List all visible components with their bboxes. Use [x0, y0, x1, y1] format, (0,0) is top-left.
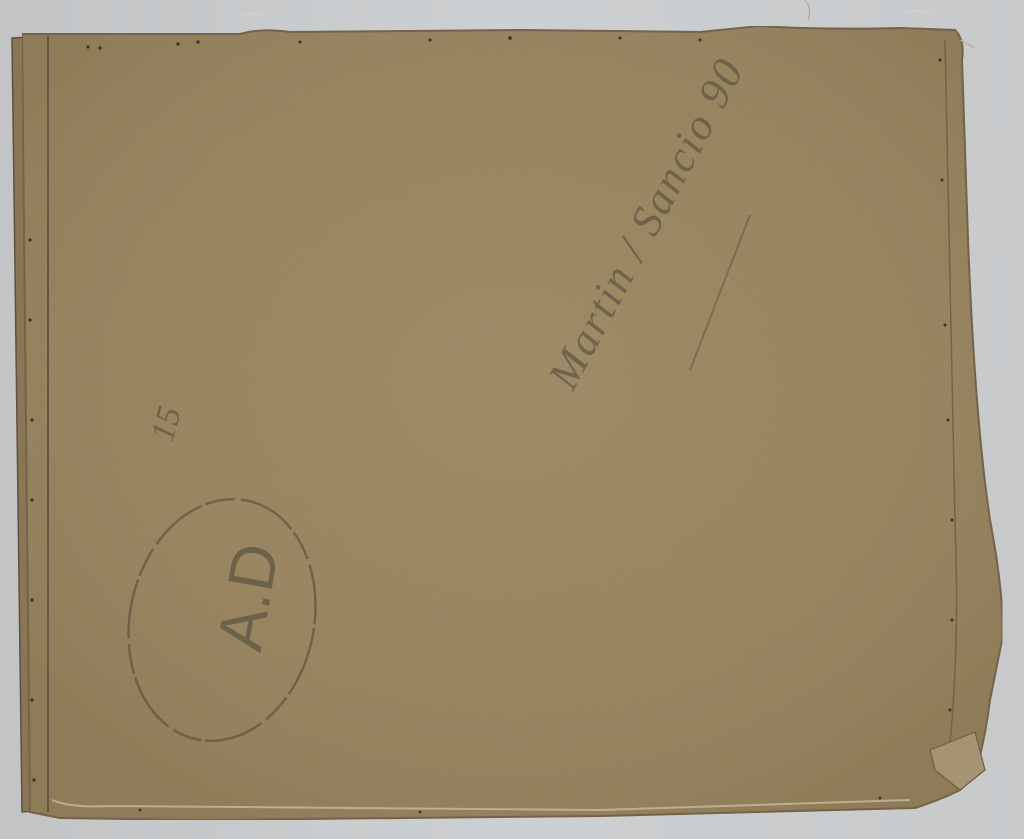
canvas-shape	[0, 0, 1024, 839]
photograph: Martin / Sancio 90 A.D 15	[0, 0, 1024, 839]
canvas-reverse: Martin / Sancio 90 A.D 15	[0, 0, 1024, 839]
